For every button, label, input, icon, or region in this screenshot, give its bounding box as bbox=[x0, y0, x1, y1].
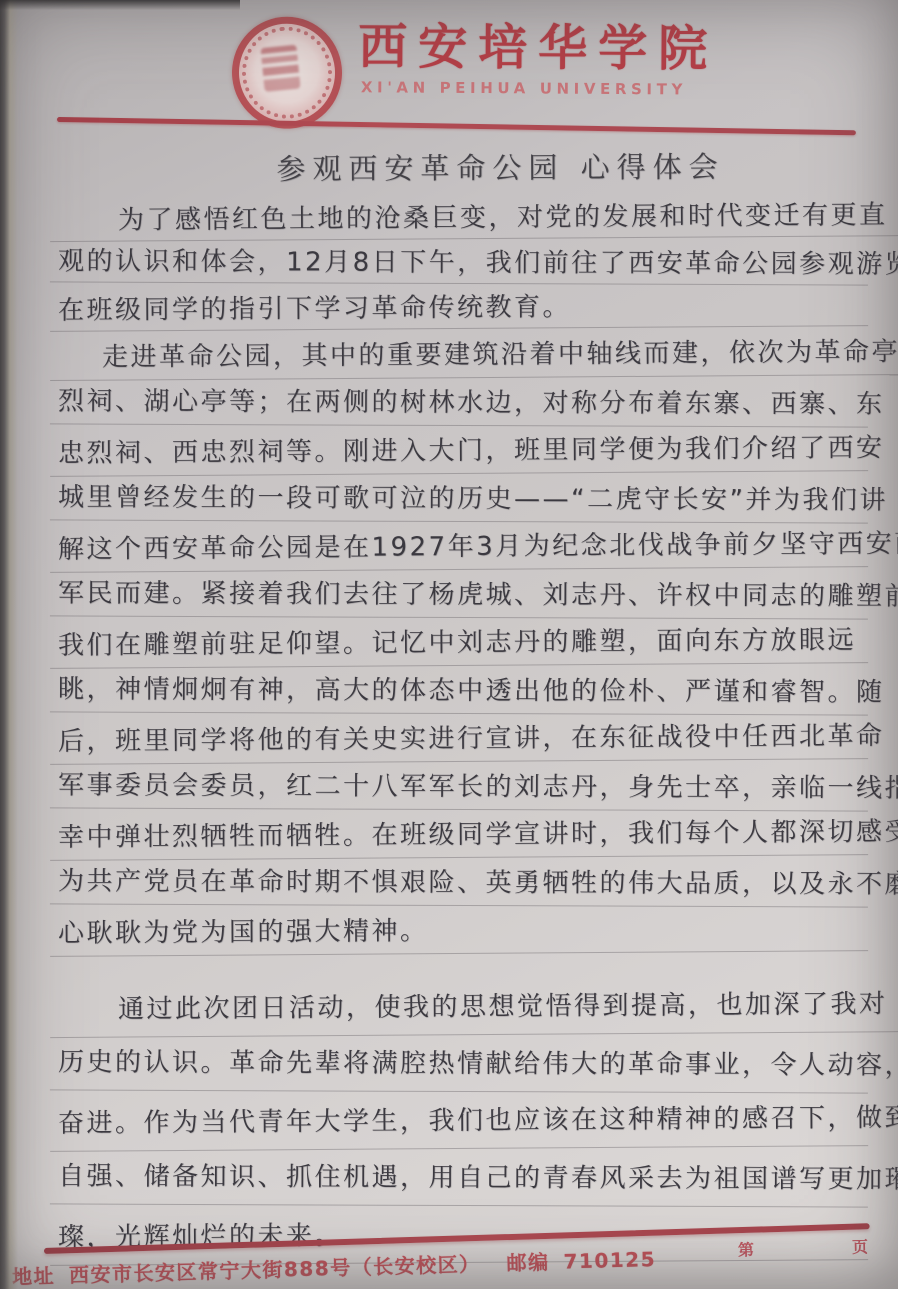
essay-title: 参观西安革命公园 心得体会 bbox=[58, 144, 898, 189]
essay-line: 自强、储备知识、抓住机遇，用自己的青春风采去为祖国谱写更加璀 bbox=[58, 1151, 864, 1211]
university-seal-icon bbox=[227, 12, 347, 134]
essay-line: 城里曾经发生的一段可歌可泣的历史——“二虎守长安”并为我们讲 bbox=[58, 476, 864, 527]
essay-line: 忠烈祠、西忠烈祠等。刚进入大门，班里同学便为我们介绍了西安 bbox=[58, 427, 864, 481]
essay-line: 奋进。作为当代青年大学生，我们也应该在这种精神的感召下，做到自信 bbox=[58, 1093, 864, 1156]
essay-paragraph-1: 为了感悟红色土地的沧桑巨变，对党的发展和时代变迁有更直 观的认识和体会，12月8… bbox=[58, 198, 864, 333]
essay-line: 观的认识和体会，12月8日下午，我们前往了西安革命公园参观游览，并 bbox=[58, 241, 864, 289]
essay-line: 幸中弹壮烈牺牲而牺牲。在班级同学宣讲时，我们每个人都深切感受到了身 bbox=[58, 811, 864, 865]
page-number-markers: 第 页 bbox=[738, 1234, 869, 1260]
photo-top-edge bbox=[0, 0, 240, 10]
essay-line: 心耿耿为党为国的强大精神。 bbox=[58, 907, 864, 961]
essay-line: 烈祠、湖心亭等；在两侧的树林水边，对称分布着东寨、西寨、东 bbox=[58, 380, 864, 431]
letterhead: 西安培华学院 XI'AN PEIHUA UNIVERSITY bbox=[232, 16, 719, 131]
university-name-chinese: 西安培华学院 bbox=[358, 21, 718, 75]
essay-paragraph-3: 通过此次团日活动，使我的思想觉悟得到提高，也加深了我对 历史的认识。革命先辈将满… bbox=[58, 982, 864, 1267]
document-photo: 西安培华学院 XI'AN PEIHUA UNIVERSITY 参观西安革命公园 … bbox=[0, 0, 898, 1289]
postal-label: 邮编 bbox=[506, 1250, 550, 1275]
essay-line: 通过此次团日活动，使我的思想觉悟得到提高，也加深了我对 bbox=[58, 979, 898, 1042]
page-marker-ye: 页 bbox=[852, 1234, 869, 1257]
essay-line: 为了感悟红色土地的沧桑巨变，对党的发展和时代变迁有更直 bbox=[58, 195, 898, 246]
essay-line: 眺，神情炯炯有神，高大的体态中透出他的俭朴、严谨和睿智。随 bbox=[58, 668, 864, 719]
university-brand: 西安培华学院 XI'AN PEIHUA UNIVERSITY bbox=[358, 17, 719, 99]
university-name-english: XI'AN PEIHUA UNIVERSITY bbox=[361, 79, 718, 99]
photo-left-edge bbox=[0, 0, 18, 1289]
essay-line: 后，班里同学将他的有关史实进行宣讲，在东征战役中任西北革命 bbox=[58, 715, 864, 769]
essay-line: 我们在雕塑前驻足仰望。记忆中刘志丹的雕塑，面向东方放眼远 bbox=[58, 619, 864, 673]
essay-line: 军民而建。紧接着我们去往了杨虎城、刘志丹、许权中同志的雕塑前， bbox=[58, 572, 864, 623]
seal-emblem bbox=[260, 45, 300, 92]
essay-line: 走进革命公园，其中的重要建筑沿着中轴线而建，依次为革命亭、忠 bbox=[58, 331, 898, 385]
postal-code: 710125 bbox=[563, 1247, 656, 1274]
essay-paragraph-2: 走进革命公园，其中的重要建筑沿着中轴线而建，依次为革命亭、忠 烈祠、湖心亭等；在… bbox=[58, 334, 864, 958]
essay-line: 军事委员会委员，红二十八军军长的刘志丹，身先士卒，亲临一线指挥，不 bbox=[58, 764, 864, 815]
essay-line: 为共产党员在革命时期不惧艰险、英勇牺牲的伟大品质，以及永不磨灭、忠 bbox=[58, 860, 864, 911]
page-marker-di: 第 bbox=[738, 1237, 755, 1260]
address-value: 西安市长安区常宁大街888号（长安校区） bbox=[69, 1252, 481, 1287]
essay-line: 在班级同学的指引下学习革命传统教育。 bbox=[58, 285, 864, 336]
essay-line: 历史的认识。革命先辈将满腔热情献给伟大的革命事业，令人动容，催人 bbox=[58, 1037, 864, 1097]
essay-line: 解这个西安革命公园是在1927年3月为纪念北伐战争前夕坚守西安而死难的 bbox=[58, 523, 864, 577]
address-label: 地址 bbox=[12, 1264, 56, 1289]
